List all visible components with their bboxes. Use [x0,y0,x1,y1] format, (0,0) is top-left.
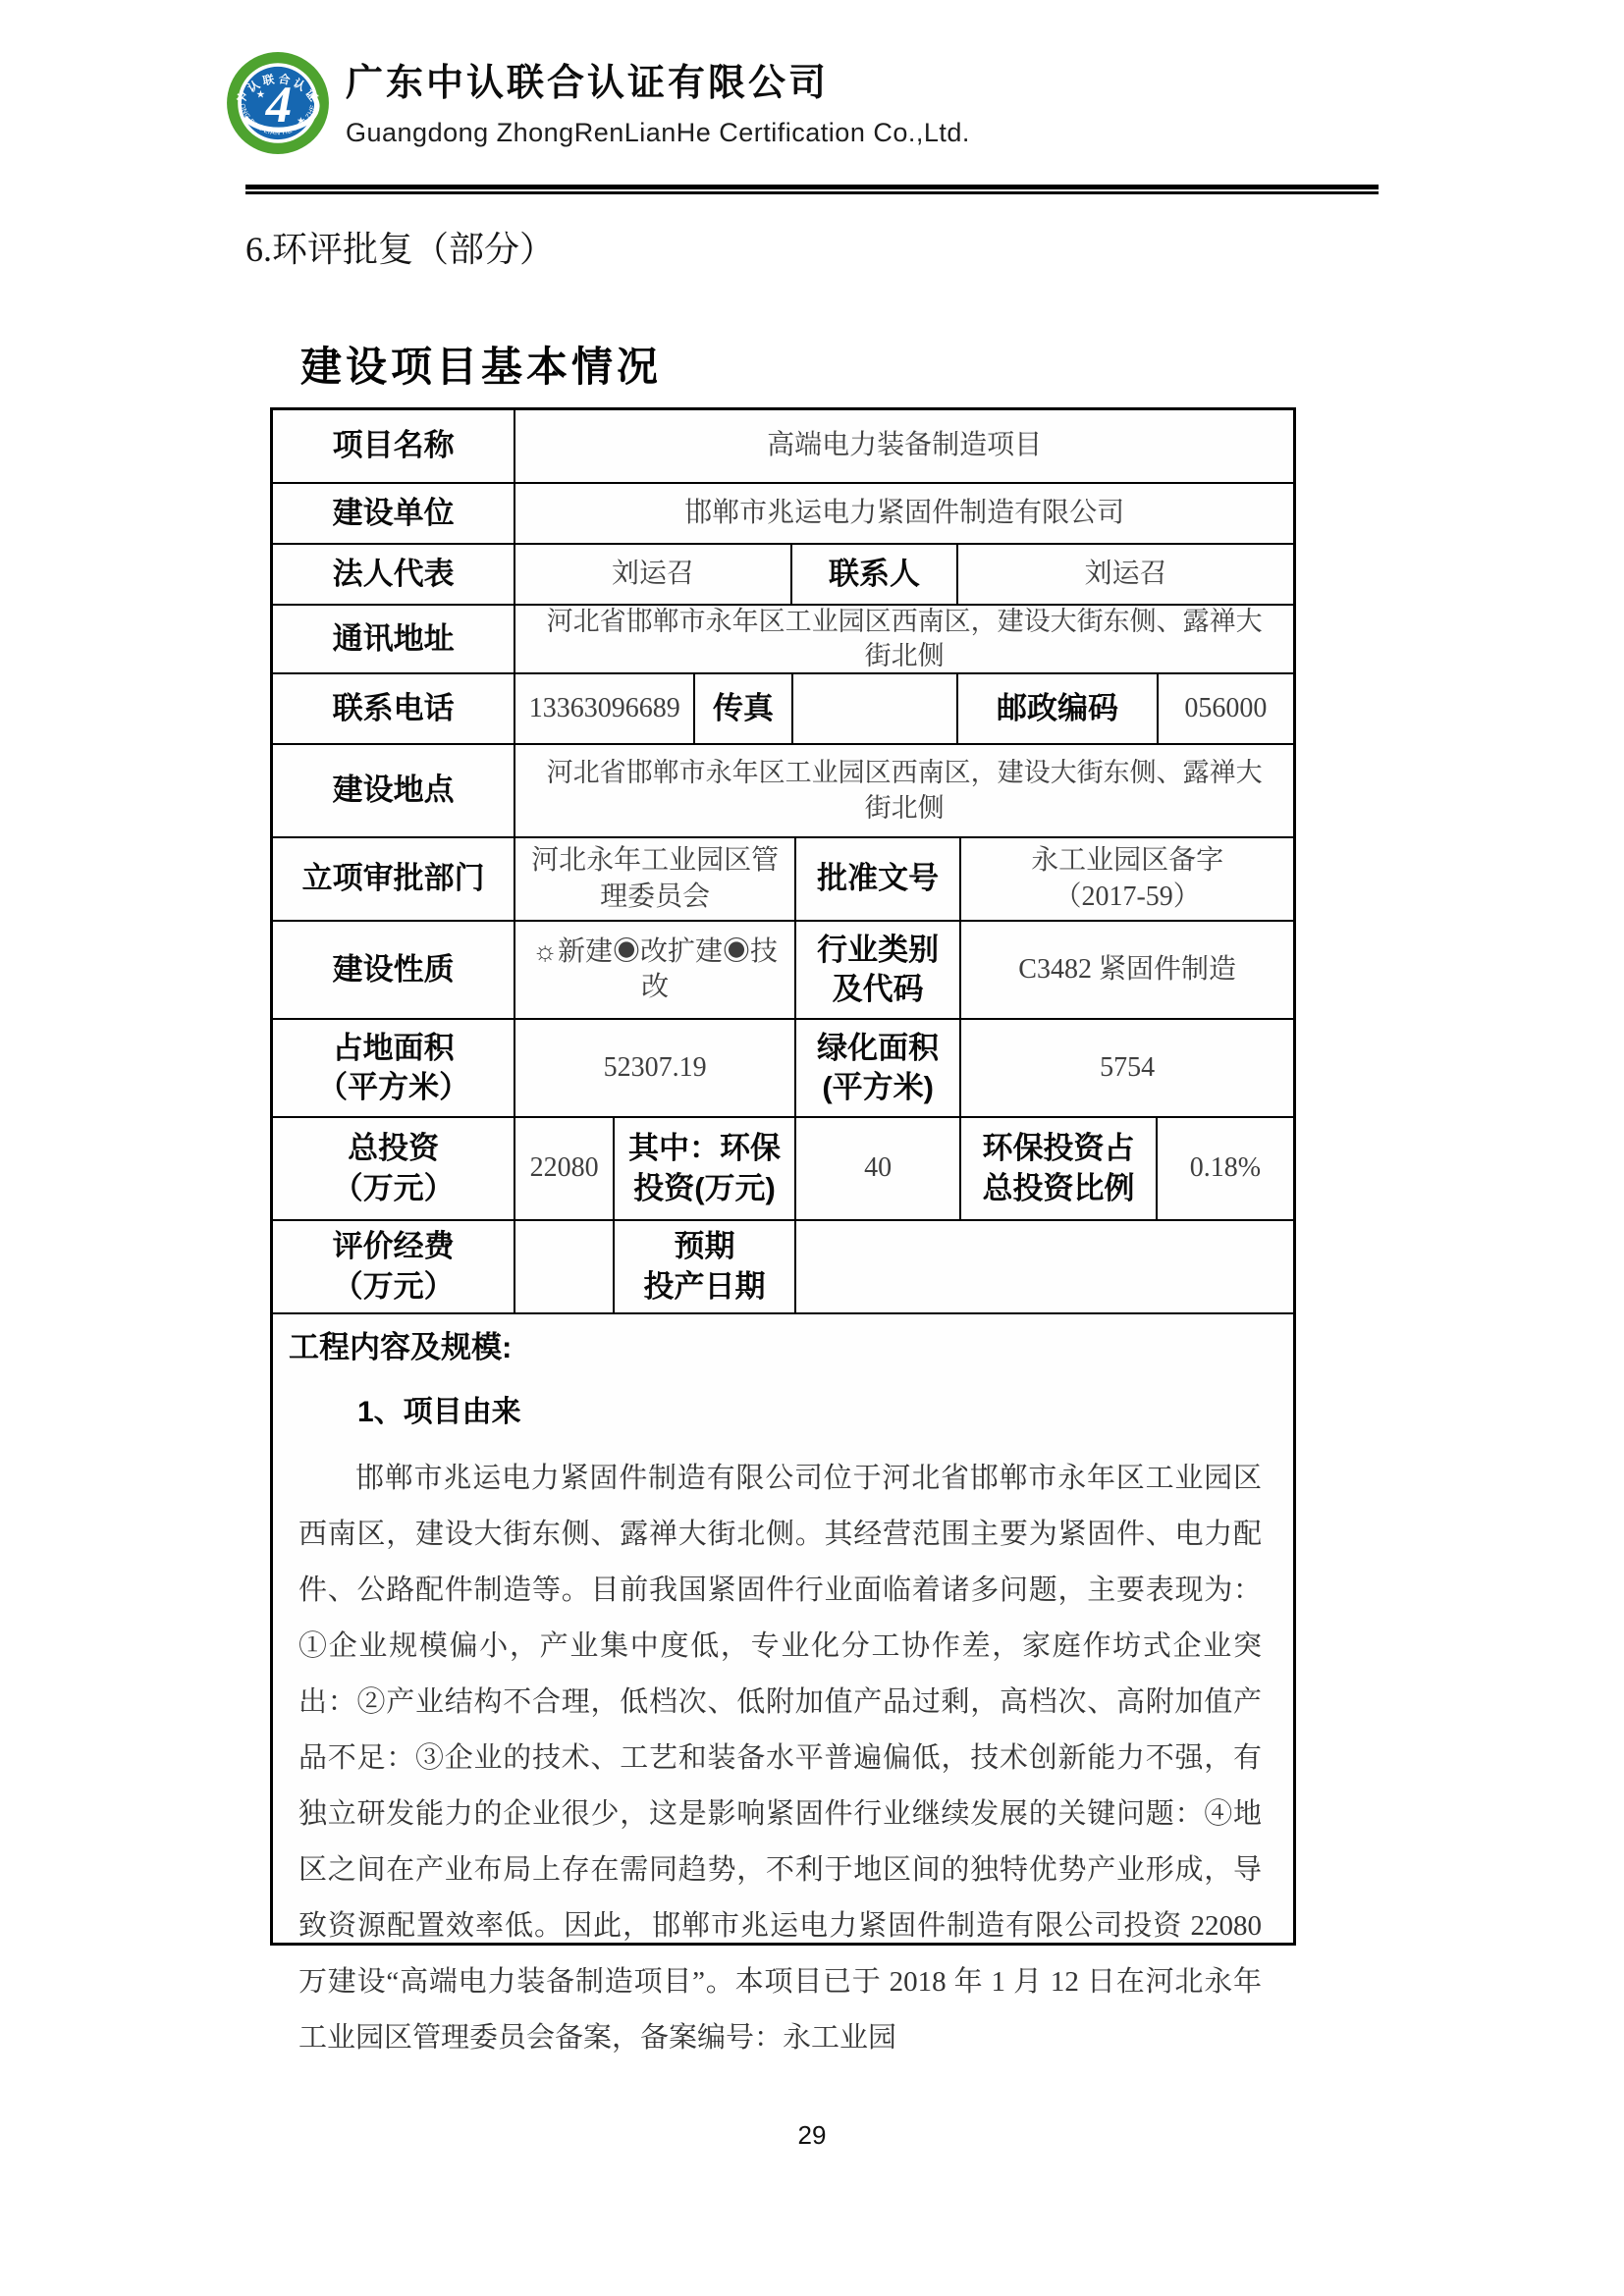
cell-evaluation-fee-label: 评价经费 （万元） [273,1221,515,1312]
table-row: 联系电话 13363096689 传真 邮政编码 056000 [273,674,1293,745]
cell-mailing-address-value: 河北省邯郸市永年区工业园区西南区，建设大街东侧、露禅大 街北侧 [515,606,1293,672]
cell-green-area-label: 绿化面积 (平方米) [796,1020,961,1116]
cell-industry-code-label: 行业类别 及代码 [796,922,961,1018]
cell-approval-dept-value: 河北永年工业园区管 理委员会 [515,838,796,920]
cell-construction-unit-value: 邯郸市兆运电力紧固件制造有限公司 [515,484,1293,543]
cell-fax-label: 传真 [695,674,793,743]
cell-mailing-address-label: 通讯地址 [273,606,515,672]
cell-construction-nature-value: ☼新建◉改扩建◉技 改 [515,922,796,1018]
cell-approval-doc-value: 永工业园区备字 （2017-59） [961,838,1293,920]
divider-line-thick [245,185,1379,189]
table-row: 占地面积 （平方米） 52307.19 绿化面积 (平方米) 5754 [273,1020,1293,1118]
table-row: 建设性质 ☼新建◉改扩建◉技 改 行业类别 及代码 C3482 紧固件制造 [273,922,1293,1020]
table-row: 立项审批部门 河北永年工业园区管 理委员会 批准文号 永工业园区备字 （2017… [273,838,1293,922]
cell-expected-date-label: 预期 投产日期 [615,1221,796,1312]
table-row: 总投资 （万元） 22080 其中：环保 投资(万元) 40 环保投资占 总投资… [273,1118,1293,1221]
cell-land-area-label: 占地面积 （平方米） [273,1020,515,1116]
table-title: 建设项目基本情况 [300,335,1624,394]
header-divider [245,185,1379,194]
page-header: 4 ★ ★ 中认联合认证 ZHONG REN LIAN HE REN ZHENG… [226,0,1624,155]
cell-green-area-value: 5754 [961,1020,1293,1116]
table-row: 通讯地址 河北省邯郸市永年区工业园区西南区，建设大街东侧、露禅大 街北侧 [273,606,1293,674]
section-heading: 6.环评批复（部分） [245,222,1624,272]
content-section-paragraph: 邯郸市兆运电力紧固件制造有限公司位于河北省邯郸市永年区工业园区西南区，建设大街东… [298,1451,1262,2066]
cell-total-investment-value: 22080 [515,1118,615,1219]
company-names: 广东中认联合认证有限公司 Guangdong ZhongRenLianHe Ce… [346,51,970,148]
cell-construction-site-value: 河北省邯郸市永年区工业园区西南区，建设大街东侧、露禅大 街北侧 [515,745,1293,836]
cell-env-ratio-label: 环保投资占 总投资比例 [961,1118,1157,1219]
cell-legal-rep-value: 刘运召 [515,545,792,604]
cell-total-investment-label: 总投资 （万元） [273,1118,515,1219]
cell-construction-site-label: 建设地点 [273,745,515,836]
company-logo-icon: 4 ★ ★ 中认联合认证 ZHONG REN LIAN HE REN ZHENG [226,51,330,155]
table-row: 工程内容及规模: 1、项目由来 邯郸市兆运电力紧固件制造有限公司位于河北省邯郸市… [273,1314,1293,1943]
project-content-section: 工程内容及规模: 1、项目由来 邯郸市兆运电力紧固件制造有限公司位于河北省邯郸市… [273,1314,1293,1943]
table-row: 评价经费 （万元） 预期 投产日期 [273,1221,1293,1314]
cell-land-area-value: 52307.19 [515,1020,796,1116]
cell-env-investment-label: 其中：环保 投资(万元) [615,1118,796,1219]
cell-postcode-label: 邮政编码 [958,674,1159,743]
cell-fax-value [793,674,958,743]
cell-contact-person-value: 刘运召 [958,545,1293,604]
table-row: 项目名称 高端电力装备制造项目 [273,410,1293,484]
table-row: 建设单位 邯郸市兆运电力紧固件制造有限公司 [273,484,1293,545]
cell-legal-rep-label: 法人代表 [273,545,515,604]
divider-line-thin [245,191,1379,194]
content-section-heading: 工程内容及规模: [289,1328,1268,1367]
document-page: 4 ★ ★ 中认联合认证 ZHONG REN LIAN HE REN ZHENG… [0,0,1624,2296]
cell-evaluation-fee-value [515,1221,615,1312]
cell-phone-value: 13363096689 [515,674,695,743]
company-name-cn: 广东中认联合认证有限公司 [346,63,970,106]
cell-construction-unit-label: 建设单位 [273,484,515,543]
cell-approval-doc-label: 批准文号 [796,838,961,920]
cell-project-name-label: 项目名称 [273,410,515,482]
cell-industry-code-value: C3482 紧固件制造 [961,922,1293,1018]
content-section-subheading: 1、项目由来 [357,1393,1268,1431]
cell-project-name-value: 高端电力装备制造项目 [515,410,1293,482]
cell-contact-person-label: 联系人 [792,545,958,604]
cell-expected-date-value [796,1221,1293,1312]
company-name-en: Guangdong ZhongRenLianHe Certification C… [346,118,970,148]
cell-env-ratio-value: 0.18% [1158,1118,1293,1219]
cell-construction-nature-label: 建设性质 [273,922,515,1018]
cell-env-investment-value: 40 [796,1118,961,1219]
table-row: 建设地点 河北省邯郸市永年区工业园区西南区，建设大街东侧、露禅大 街北侧 [273,745,1293,838]
cell-postcode-value: 056000 [1159,674,1293,743]
cell-phone-label: 联系电话 [273,674,515,743]
info-table: 项目名称 高端电力装备制造项目 建设单位 邯郸市兆运电力紧固件制造有限公司 法人… [270,407,1296,1946]
page-number: 29 [0,2120,1624,2151]
cell-approval-dept-label: 立项审批部门 [273,838,515,920]
table-row: 法人代表 刘运召 联系人 刘运召 [273,545,1293,606]
